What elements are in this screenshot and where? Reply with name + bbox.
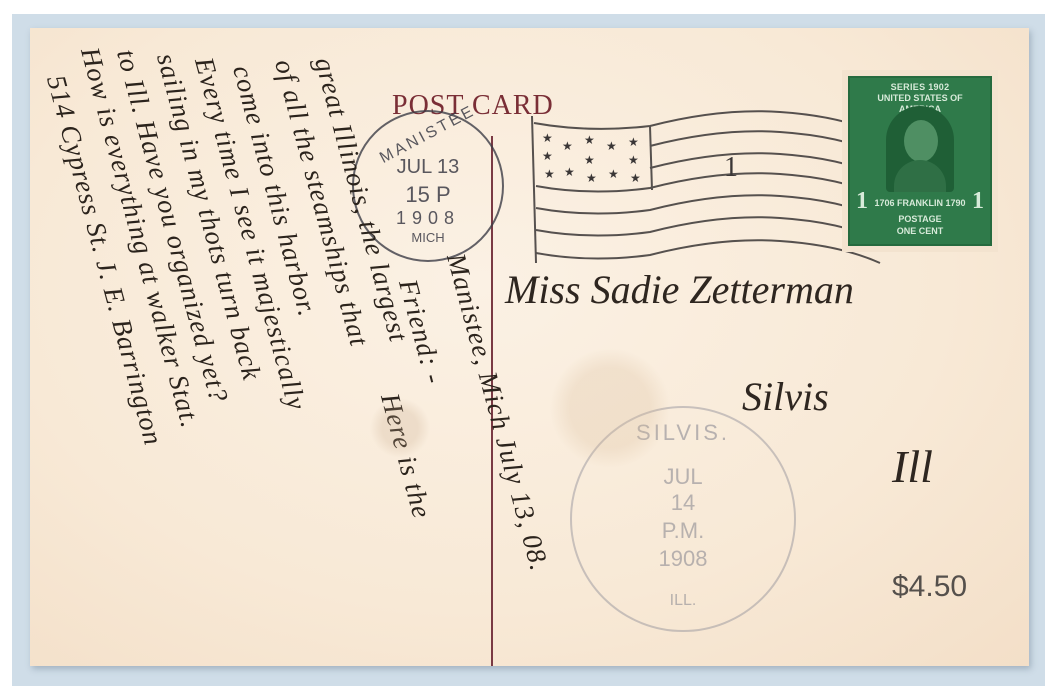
postage-stamp: SERIES 1902 UNITED STATES OF AMERICA 1 1…: [842, 70, 998, 252]
receiving-postmark: SILVIS. JUL 14 P.M. 1908 ILL.: [570, 406, 796, 632]
stamp-postage-label: POSTAGE: [850, 214, 990, 224]
svg-text:★: ★: [584, 133, 595, 147]
postmark-town: SILVIS.: [572, 420, 794, 446]
postcard: POST CARD MANISTEE JUL 13 15 P 1908 MICH…: [30, 28, 1029, 666]
stamp-name-line: 1706 FRANKLIN 1790: [850, 198, 990, 208]
svg-text:★: ★: [628, 135, 639, 149]
svg-text:★: ★: [564, 165, 575, 179]
postmark-time: P.M.: [572, 518, 794, 544]
svg-text:★: ★: [608, 167, 619, 181]
recipient-city: Silvis: [742, 373, 829, 420]
recipient-name: Miss Sadie Zetterman: [505, 266, 854, 313]
stamp-country-line-1: UNITED STATES OF: [850, 93, 990, 103]
svg-text:★: ★: [542, 149, 553, 163]
svg-text:★: ★: [544, 167, 555, 181]
svg-text:★: ★: [562, 139, 573, 153]
svg-text:★: ★: [630, 171, 641, 185]
message-line: Here is the: [374, 390, 437, 522]
postmark-month: JUL: [572, 464, 794, 490]
postmark-date: JUL 13: [354, 156, 502, 179]
svg-text:★: ★: [542, 131, 553, 145]
svg-text:★: ★: [606, 139, 617, 153]
price-note: $4.50: [892, 570, 967, 604]
recipient-state: Ill: [892, 440, 933, 493]
postmark-state: ILL.: [572, 592, 794, 610]
svg-text:★: ★: [628, 153, 639, 167]
stamp-value-label: ONE CENT: [850, 226, 990, 236]
postmark-day: 14: [572, 490, 794, 516]
postmark-year: 1908: [572, 546, 794, 572]
svg-text:★: ★: [586, 171, 597, 185]
svg-text:★: ★: [584, 153, 595, 167]
machine-number: 1: [724, 152, 738, 183]
stamp-series: SERIES 1902: [850, 78, 990, 92]
franklin-portrait-icon: [886, 106, 954, 192]
